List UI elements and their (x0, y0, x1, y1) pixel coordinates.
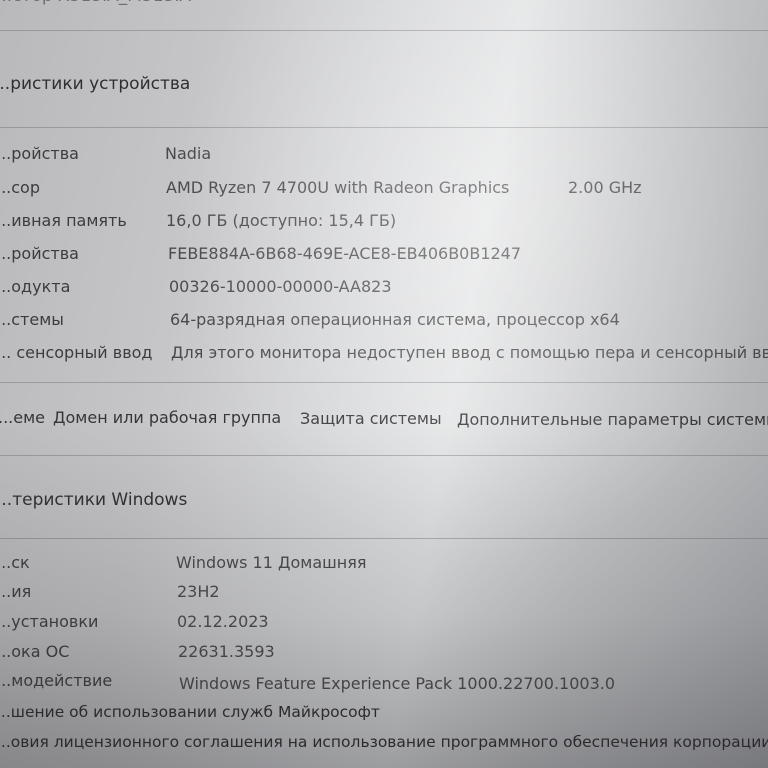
section-title: ...ристики устройства (0, 74, 190, 94)
spec-label-device-id: ...ройства (0, 244, 79, 263)
spec-label-processor: ...сор (0, 178, 40, 197)
spec-label-pen-touch: ... сенсорный ввод (0, 343, 152, 362)
spec-value-ram: 16,0 ГБ (доступно: 15,4 ГБ) (166, 211, 396, 230)
spec-label-ram: ...ивная память (0, 211, 127, 230)
divider (0, 455, 768, 456)
screen-shade (0, 0, 768, 768)
spec-label-device-name: ...ройства (0, 144, 79, 163)
section-title: ...теристики Windows (0, 490, 187, 510)
link-about-system[interactable]: ...еме (0, 408, 45, 427)
spec-label-os-build: ...ока ОС (0, 642, 69, 661)
spec-value-pen-touch: Для этого монитора недоступен ввод с пом… (171, 343, 768, 362)
spec-label-install-date: ...установки (0, 612, 98, 631)
link-services-agreement[interactable]: ...шение об использовании служб Майкросо… (0, 703, 380, 721)
spec-value-system-type: 64-разрядная операционная система, проце… (170, 310, 620, 329)
spec-value-os-build: 22631.3593 (178, 642, 275, 661)
divider (0, 382, 768, 383)
spec-label-experience: ...модействие (0, 671, 112, 690)
spec-value-experience: Windows Feature Experience Pack 1000.227… (179, 674, 615, 693)
spec-label-version: ...ия (0, 582, 31, 601)
spec-value-device-name: Nadia (165, 144, 211, 163)
spec-value-processor: AMD Ryzen 7 4700U with Radeon Graphics (166, 178, 509, 197)
spec-value-product-id: 00326-10000-00000-AA823 (169, 277, 392, 296)
spec-label-edition: ...ск (0, 553, 30, 572)
divider (0, 127, 768, 128)
divider (0, 538, 768, 539)
spec-value-edition: Windows 11 Домашняя (176, 553, 366, 572)
spec-value-install-date: 02.12.2023 (177, 612, 269, 631)
spec-label-product-id: ...одукта (0, 277, 70, 296)
spec-label-system-type: ...стемы (0, 310, 64, 329)
link-advanced-system-settings[interactable]: Дополнительные параметры системы (457, 410, 768, 429)
link-domain-workgroup[interactable]: Домен или рабочая группа (53, 408, 281, 427)
link-system-protection[interactable]: Защита системы (300, 409, 442, 428)
device-name-header: ...стор X513IA_M513IA (0, 0, 191, 6)
spec-value-device-id: FEBE884A-6B68-469E-ACE8-EB406B0B1247 (168, 244, 521, 263)
link-license-terms[interactable]: ...овия лицензионного соглашения на испо… (0, 733, 768, 751)
screen-glare (0, 0, 768, 768)
spec-value-version: 23H2 (177, 582, 220, 601)
spec-value-processor-speed: 2.00 GHz (568, 178, 642, 197)
divider (0, 30, 768, 31)
